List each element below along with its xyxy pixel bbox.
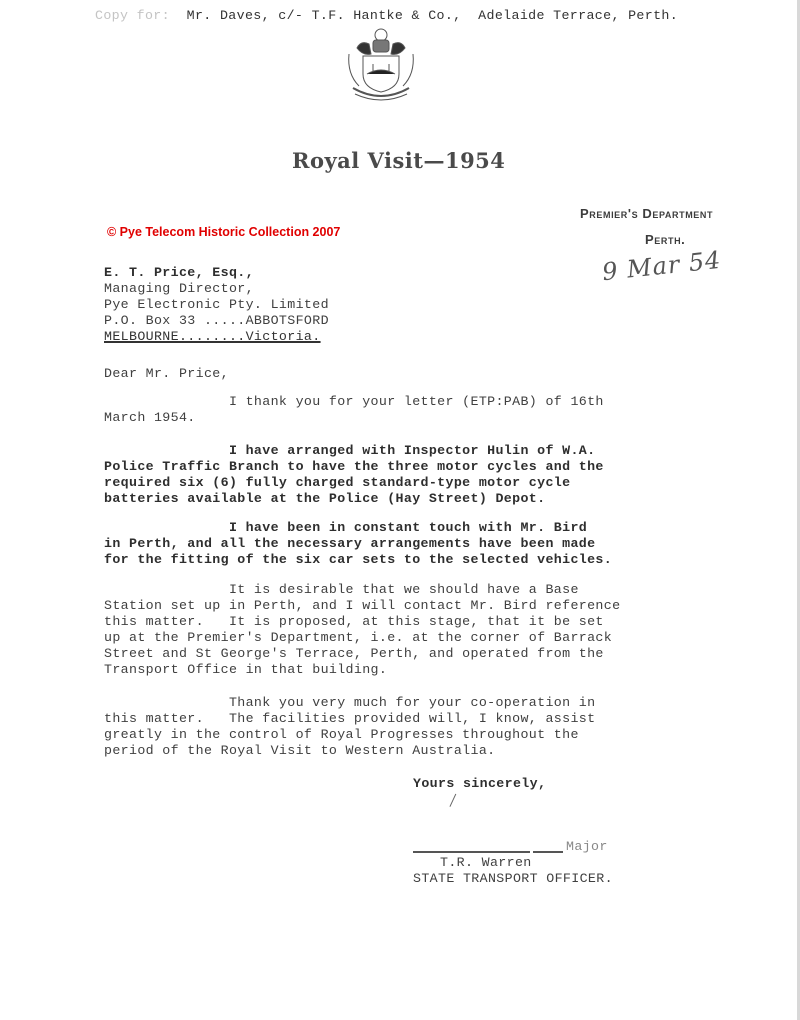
coat-of-arms-icon bbox=[343, 26, 419, 108]
copy-for-line: Copy for: Mr. Daves, c/- T.F. Hantke & C… bbox=[95, 8, 678, 24]
paragraph: It is desirable that we should have a Ba… bbox=[104, 582, 620, 678]
address-line: Pye Electronic Pty. Limited bbox=[104, 297, 329, 313]
signature-mark bbox=[449, 794, 463, 810]
signatory-name: T.R. Warren bbox=[440, 855, 532, 871]
signature-line bbox=[413, 851, 530, 853]
signatory-title: STATE TRANSPORT OFFICER. bbox=[413, 871, 613, 887]
department-name: Premier's Department bbox=[580, 206, 713, 221]
letterhead-heading: Royal Visit—1954 bbox=[292, 148, 505, 173]
closing: Yours sincerely, bbox=[413, 776, 546, 792]
copyright-notice: © Pye Telecom Historic Collection 2007 bbox=[107, 225, 340, 239]
paragraph: I have arranged with Inspector Hulin of … bbox=[104, 443, 604, 507]
paragraph: Thank you very much for your co-operatio… bbox=[104, 695, 595, 759]
paragraph: I have been in constant touch with Mr. B… bbox=[104, 520, 612, 568]
address-line: E. T. Price, Esq., bbox=[104, 265, 329, 281]
department-city: Perth. bbox=[645, 232, 685, 247]
signatory-rank: Major bbox=[566, 839, 608, 855]
signature-line bbox=[533, 851, 563, 853]
address-line: P.O. Box 33 .....ABBOTSFORD bbox=[104, 313, 329, 329]
copy-for-text: Mr. Daves, c/- T.F. Hantke & Co., Adelai… bbox=[187, 8, 678, 23]
address-line: Managing Director, bbox=[104, 281, 329, 297]
paragraph: I thank you for your letter (ETP:PAB) of… bbox=[104, 394, 604, 426]
copy-for-label: Copy for: bbox=[95, 8, 170, 23]
handwritten-date: 9 Mar 54 bbox=[601, 246, 723, 286]
letter-page: Copy for: Mr. Daves, c/- T.F. Hantke & C… bbox=[0, 0, 800, 1020]
recipient-address: E. T. Price, Esq.,Managing Director,Pye … bbox=[104, 265, 329, 345]
salutation: Dear Mr. Price, bbox=[104, 366, 229, 382]
department-label: Premier's Department bbox=[580, 206, 713, 221]
address-line: MELBOURNE........Victoria. bbox=[104, 329, 329, 345]
